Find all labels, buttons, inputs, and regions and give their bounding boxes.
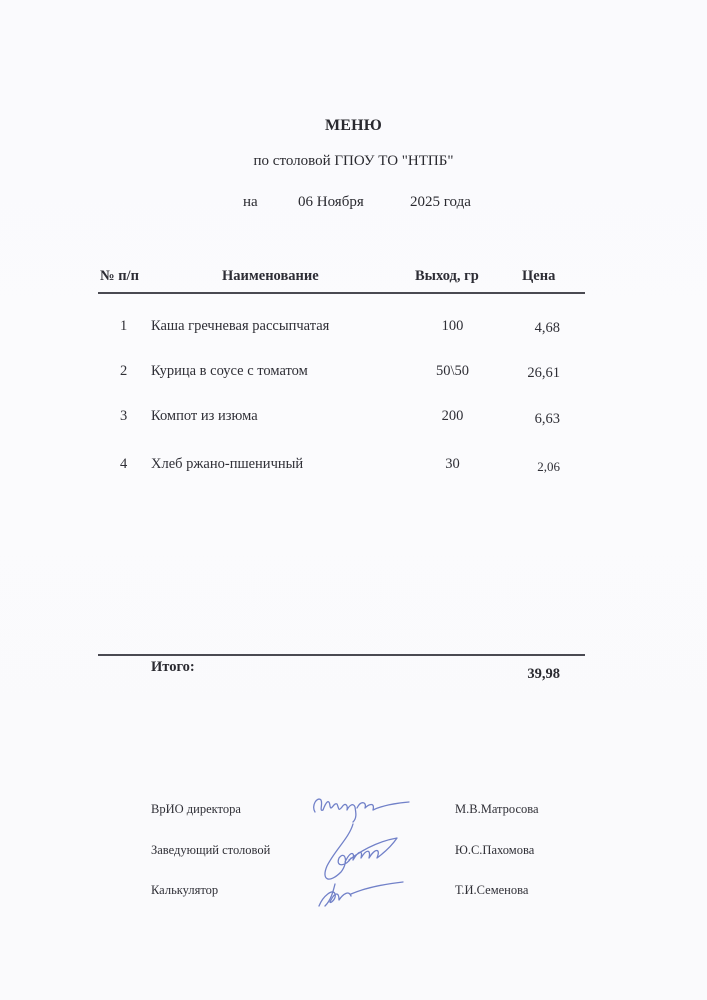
header-price: Цена [522,268,555,285]
row-price: 2,06 [500,459,560,475]
signature-role-canteen-head: Заведующий столовой [151,843,270,858]
total-divider [98,654,585,656]
header-output: Выход, гр [415,268,479,285]
header-divider [98,292,585,294]
row-number: 4 [120,456,127,473]
header-name: Наименование [222,268,319,285]
row-name: Курица в соусе с томатом [151,363,308,380]
row-name: Компот из изюма [151,408,258,425]
row-output: 30 [405,456,500,473]
signature-role-calculator: Калькулятор [151,883,218,898]
signature-name-canteen-head: Ю.С.Пахомова [455,843,534,858]
row-name: Хлеб ржано-пшеничный [151,456,303,473]
document-page: МЕНЮ по столовой ГПОУ ТО "НТПБ" на 06 Но… [0,0,707,1000]
document-title: МЕНЮ [0,117,707,135]
handwritten-signatures-icon [305,788,415,913]
header-number: № п/п [100,268,139,285]
row-output: 100 [405,318,500,335]
row-output: 50\50 [405,363,500,380]
total-label: Итого: [151,659,195,676]
row-price: 6,63 [500,411,560,428]
row-name: Каша гречневая рассыпчатая [151,318,329,335]
row-number: 2 [120,363,127,380]
row-number: 1 [120,318,127,335]
row-number: 3 [120,408,127,425]
row-output: 200 [405,408,500,425]
date-year: 2025 года [410,194,471,211]
signature-name-director: М.В.Матросова [455,802,539,817]
row-price: 4,68 [500,320,560,337]
total-value: 39,98 [500,666,560,683]
signature-role-director: ВрИО директора [151,802,241,817]
date-prefix: на [243,194,258,211]
document-subtitle: по столовой ГПОУ ТО "НТПБ" [0,153,707,170]
date-day-month: 06 Ноября [298,194,364,211]
signature-name-calculator: Т.И.Семенова [455,883,528,898]
row-price: 26,61 [500,365,560,382]
